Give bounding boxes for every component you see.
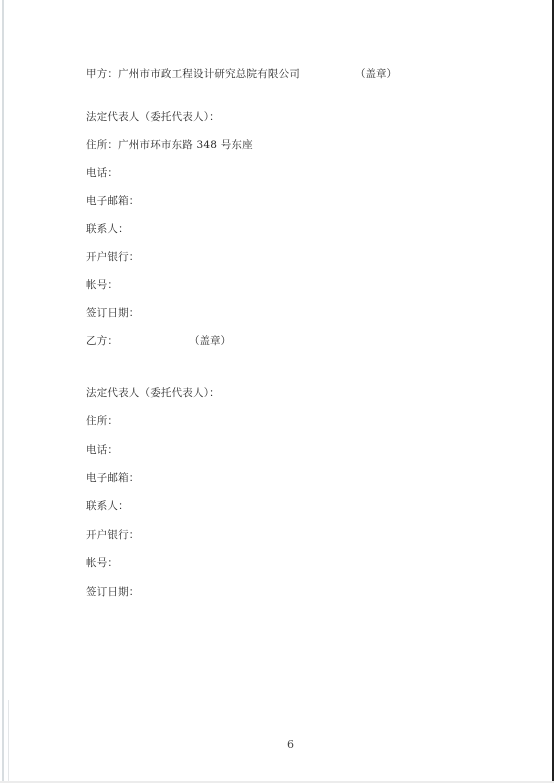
party-a-sign-date: 签订日期： [86,306,140,320]
party-a-legal-representative: 法定代表人（委托代表人）： [86,110,220,124]
party-a-phone: 电话： [86,166,118,180]
party-b-sign-date: 签订日期： [86,585,140,599]
party-b-address: 住所： [86,414,118,428]
page-left-edge [2,0,4,783]
party-b-email: 电子邮箱： [86,471,140,485]
party-a-email: 电子邮箱： [86,194,140,208]
page-number: 6 [287,738,294,752]
party-b-legal-representative: 法定代表人（委托代表人）： [86,386,220,400]
page-left-shadow [8,700,9,783]
party-a-account: 帐号： [86,278,118,292]
party-b-account: 帐号： [86,556,118,570]
party-a-seal: （盖章） [355,67,397,81]
party-a-label: 甲方：广州市市政工程设计研究总院有限公司 [86,67,300,81]
party-a-bank: 开户银行： [86,250,140,264]
party-a-contact: 联系人： [86,222,129,236]
document-page: 甲方：广州市市政工程设计研究总院有限公司 （盖章） 法定代表人（委托代表人）： … [0,0,554,783]
party-b-phone: 电话： [86,443,118,457]
party-b-contact: 联系人： [86,499,129,513]
party-a-address: 住所：广州市环市东路 348 号东座 [86,138,253,152]
party-b-seal: （盖章） [189,334,231,348]
party-b-label: 乙方： [86,334,118,348]
party-b-bank: 开户银行： [86,528,140,542]
